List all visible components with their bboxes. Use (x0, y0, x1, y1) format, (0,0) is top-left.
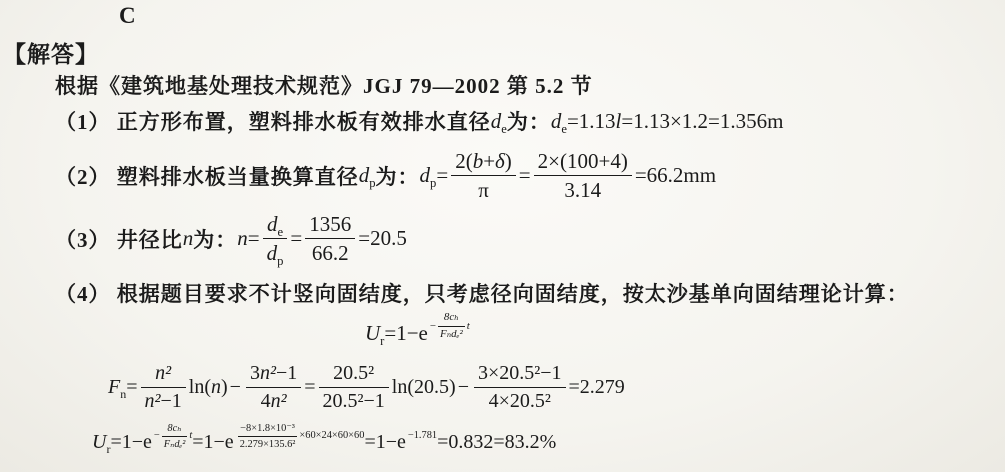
equals-sign: = (436, 163, 448, 188)
minus-sign: − (230, 376, 241, 399)
formula-body: =1−e (364, 431, 405, 454)
exponent: −8×1.8×10⁻³ 2.279×135.6² ×60×24×60×60 (236, 422, 365, 451)
denominator: 4n² (246, 388, 301, 413)
numerator: 3×20.5²−1 (474, 362, 566, 388)
equals-sign: = (126, 376, 137, 399)
fraction: de dp (263, 212, 288, 265)
equation-result: =0.832=83.2% (437, 431, 556, 454)
equals-sign: = (304, 376, 315, 399)
numerator: 2(b+δ) (451, 149, 516, 176)
numerator: de (263, 212, 288, 239)
equation-result: =1.13×1.2=1.356m (621, 109, 783, 134)
formula-body: =1−e (110, 431, 151, 454)
fraction: 20.5² 20.5²−1 (319, 362, 389, 413)
var-de-2: de (551, 109, 567, 134)
fraction: n² n²−1 (141, 362, 186, 413)
fraction: 2(b+δ) π (451, 149, 516, 202)
denominator: 66.2 (305, 239, 355, 265)
var-ur: Ur (92, 431, 110, 454)
solution-heading: 【解答】 (3, 36, 99, 69)
reference-line: 根据《建筑地基处理技术规范》JGJ 79—2002 第 5.2 节 (55, 70, 593, 100)
step-3-wei: 为： (193, 224, 237, 254)
fraction: 3n²−1 4n² (246, 362, 301, 413)
equation-result: =2.279 (569, 376, 625, 399)
step-3-text: （3） 井径比 (55, 224, 183, 254)
fraction: 1356 66.2 (305, 212, 355, 265)
ln-term: ln(20.5) (392, 376, 456, 399)
denominator: dp (263, 239, 288, 265)
numerator: 2×(100+4) (534, 149, 632, 176)
denominator: n²−1 (141, 388, 186, 413)
step-2-line: （2） 塑料排水板当量换算直径 dp 为： dp = 2(b+δ) π = 2×… (55, 149, 716, 202)
numerator: 1356 (305, 212, 355, 239)
denominator: π (451, 176, 516, 202)
fraction: 2×(100+4) 3.14 (534, 149, 632, 202)
fn-formula: Fn = n² n²−1 ln(n) − 3n²−1 4n² = 20.5² 2… (108, 362, 625, 413)
var-dp: dp (359, 163, 376, 188)
var-ur: Ur (365, 321, 384, 346)
equation-result: =66.2mm (635, 163, 716, 188)
minus-sign: − (458, 376, 469, 399)
answer-letter: C (119, 3, 136, 29)
exponent: − 8cₕ Fₙdₑ² t (154, 422, 192, 451)
denominator: 3.14 (534, 176, 632, 202)
numerator: n² (141, 362, 186, 388)
step-1-wei: 为： (507, 106, 551, 136)
exponent-fraction: −8×1.8×10⁻³ 2.279×135.6² (238, 422, 298, 451)
numerator: 20.5² (319, 362, 389, 388)
exponent: − 8cₕ Fₙdₑ² t (430, 311, 470, 341)
equals-sign: = (248, 226, 260, 251)
var-fn: Fn (108, 376, 126, 399)
step-1-text: （1） 正方形布置，塑料排水板有效排水直径 (55, 106, 491, 136)
step-3-line: （3） 井径比 n 为： n = de dp = 1356 66.2 =20.5 (55, 212, 407, 265)
var-dp-2: dp (420, 163, 437, 188)
exponent-fraction: 8cₕ Fₙdₑ² (162, 422, 188, 451)
step-4-line: （4） 根据题目要求不计竖向固结度，只考虑径向固结度，按太沙基单向固结理论计算： (55, 278, 909, 308)
var-n-2: n (237, 226, 248, 251)
exponent: −1.781 (408, 431, 437, 441)
denominator: 4×20.5² (474, 388, 566, 413)
formula-body: =1−e (384, 321, 428, 346)
equation-part: =1.13 (567, 109, 616, 134)
ur-theory-formula: Ur =1−e − 8cₕ Fₙdₑ² t (365, 318, 470, 348)
ln-term: ln(n) (189, 376, 228, 399)
step-2-wei: 为： (376, 161, 420, 191)
equals-sign: = (519, 163, 531, 188)
var-de: de (491, 109, 507, 134)
ur-result-formula: Ur =1−e − 8cₕ Fₙdₑ² t =1−e −8×1.8×10⁻³ 2… (92, 428, 556, 457)
scanned-solution-page: C 【解答】 根据《建筑地基处理技术规范》JGJ 79—2002 第 5.2 节… (0, 0, 1005, 472)
formula-body: =1−e (192, 431, 233, 454)
equals-sign: = (290, 226, 302, 251)
step-1-line: （1） 正方形布置，塑料排水板有效排水直径 de 为： de =1.13 l =… (55, 106, 784, 136)
step-2-text: （2） 塑料排水板当量换算直径 (55, 161, 359, 191)
exponent-fraction: 8cₕ Fₙdₑ² (438, 311, 465, 341)
fraction: 3×20.5²−1 4×20.5² (474, 362, 566, 413)
numerator: 3n²−1 (246, 362, 301, 388)
equation-result: =20.5 (358, 226, 407, 251)
denominator: 20.5²−1 (319, 388, 389, 413)
var-n: n (183, 226, 194, 251)
